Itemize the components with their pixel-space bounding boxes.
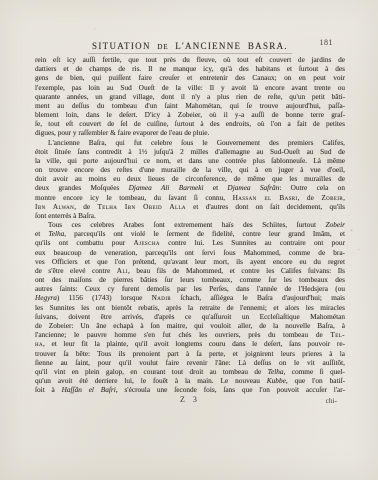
text-segment: Ibn Alwan <box>35 202 74 211</box>
text-segment: eux beaucoup de veneration, parcequ'ils … <box>35 248 345 257</box>
text-segment: trouver ſa bête: Tous ils prenoient part… <box>35 349 345 358</box>
text-line: la ville, qui porte aujourd'hui ce nom, … <box>35 156 345 165</box>
text-line: de Zobeier: Un âne echapà à ſon maitre, … <box>35 321 345 330</box>
text-line: digues, pour y raſſembler & faire evapor… <box>35 128 345 137</box>
text-segment: l'ancienne; le pauvre homme s'en fut ché… <box>35 330 330 339</box>
text-segment: et <box>35 229 48 238</box>
text-line: ſoit à Haſſân el Baſri, s'écroula une ſe… <box>35 385 345 394</box>
text-line: quarante années, un grand village, dont … <box>35 92 345 101</box>
text-segment: , parcequ'ils ont violé le ſerment de fi… <box>64 229 345 238</box>
text-line: les Sunnites les ont bientôt rebatis, ap… <box>35 303 345 312</box>
text-line: ſe, tout eſt couvert de ſel de cuiſine, … <box>35 119 345 128</box>
text-line: L'ancienne Baſra, qui fut celebre ſous l… <box>35 138 345 147</box>
text-segment: et <box>204 183 228 192</box>
text-segment: ſe, tout eſt couvert de ſel de cuiſine, … <box>35 119 345 128</box>
text-segment: dattiers et de champs de ris. Il ne manq… <box>35 64 345 73</box>
text-line: de s'être elevé contre Ali, beau fils de… <box>35 266 345 275</box>
text-segment: de s'être elevé contre <box>35 266 117 275</box>
text-segment: Hassan el Basri <box>233 193 298 202</box>
text-segment: quarante années, un grand village, dont … <box>35 92 345 101</box>
running-title: SITUATION DE L'ANCIENNE BASRA. <box>88 41 292 54</box>
text-line: et Telha, parcequ'ils ont violé le ſerme… <box>35 229 345 238</box>
text-segment: , <box>343 193 345 202</box>
text-segment: Hegyra <box>35 293 57 302</box>
text-segment: ont des maiſons de pierres bâties ſur le… <box>35 275 345 284</box>
text-line: dattiers et de champs de ris. Il ne manq… <box>35 64 345 73</box>
running-title-part-1: SITUATION <box>92 41 151 51</box>
running-header: SITUATION DE L'ANCIENNE BASRA. 181 <box>35 36 345 50</box>
text-segment: contre lui. Les Sunnites au contraire on… <box>160 238 345 247</box>
text-segment: Telha Ibn Obeid Alla <box>97 202 185 211</box>
text-segment: qu'un avoit été derriere lui, le fouêt à… <box>35 376 267 385</box>
text-line: eux beaucoup de veneration, parcequ'ils … <box>35 248 345 257</box>
text-segment: Ajescha <box>133 238 159 247</box>
text-segment: ſont enterrés à Baſra. <box>35 211 96 220</box>
text-line: rein eſt icy auſſi fertile, que tout prè… <box>35 55 345 64</box>
text-line: gens de bien, qui puiſſent faire creuſer… <box>35 73 345 82</box>
text-line: ſienne au ſaint, pour qu'il voulut faire… <box>35 358 345 367</box>
text-line: blement loin, dans le deſert. D'icy à Zo… <box>35 110 345 119</box>
text-line: ha, et leur fit la plainte, qu'il avoit … <box>35 339 345 348</box>
text-segment: qu'ils ont combattu pour <box>35 238 133 247</box>
text-segment: , de <box>74 202 97 211</box>
text-segment: gens de bien, qui puiſſent faire creuſer… <box>35 73 345 82</box>
text-segment: Nadir <box>152 293 172 302</box>
text-segment: autres ſaints: Ceux cy furent demolis pa… <box>35 284 345 293</box>
text-line: autres ſaints: Ceux cy furent demolis pa… <box>35 284 345 293</box>
text-line: ves Officiers et que l'on prétend, qu'av… <box>35 257 345 266</box>
text-segment: étoit ſituée ſans contredit à 1½ juſqu'à… <box>35 147 345 156</box>
text-segment: Telha <box>268 367 284 376</box>
text-line: ont des maiſons de pierres bâties ſur le… <box>35 275 345 284</box>
text-line: trouver ſa bête: Tous ils prenoient part… <box>35 349 345 358</box>
text-line: ſont enterrés à Baſra. <box>35 211 345 220</box>
text-line: on trouve encore des reſtes d'une murail… <box>35 165 345 174</box>
text-segment: ha <box>35 339 43 348</box>
text-segment: ) 1156 (1743) lorsque <box>57 293 152 302</box>
text-segment: de Zobeier: Un âne echapà à ſon maitre, … <box>35 321 345 330</box>
text-segment: on trouve encore des reſtes d'une murail… <box>35 165 345 174</box>
text-line: doit avoir au moins eu deux lieues de ci… <box>35 174 345 183</box>
text-segment: , s'écroula une ſeconde fois, ſans que l… <box>116 385 345 394</box>
scan-page: SITUATION DE L'ANCIENNE BASRA. 181 rein … <box>0 0 378 480</box>
text-segment: Kubbe <box>267 376 286 385</box>
text-line: ment au deſſus du tombeau d'un ſaint Mah… <box>35 101 345 110</box>
text-line: qu'un avoit été derriere lui, le fouêt à… <box>35 376 345 385</box>
text-segment: et d'autres dont on ſait decidement, qu'… <box>186 202 345 211</box>
text-segment: doit avoir au moins eu deux lieues de ci… <box>35 174 345 183</box>
body-text: rein eſt icy auſſi fertile, que tout prè… <box>35 55 345 394</box>
text-line: l'exemple, pas loin au Sud Oueſt de la v… <box>35 83 345 92</box>
text-segment: Tel- <box>330 330 345 339</box>
text-segment: blement loin, dans le deſert. D'icy à Zo… <box>35 110 345 119</box>
text-line: deux grandes Moſquées Djamea Ali Barmeki… <box>35 183 345 192</box>
running-title-row: SITUATION DE L'ANCIENNE BASRA. <box>35 36 345 54</box>
text-segment: Zobeir <box>326 220 345 229</box>
text-segment: Telha <box>48 229 64 238</box>
page-footer: Z 3 chi- <box>35 395 345 407</box>
text-segment: ves Officiers et que l'on prétend, qu'av… <box>35 257 345 266</box>
text-line: montre encore icy le tombeau, du ſavant … <box>35 193 345 202</box>
catchword: chi- <box>326 396 337 405</box>
text-line: étoit ſituée ſans contredit à 1½ juſqu'à… <box>35 147 345 156</box>
text-segment: , beau fils de Mahommed, et contre les C… <box>128 266 345 275</box>
text-segment: Haſſân el Baſri <box>62 385 116 394</box>
text-segment: , de <box>298 193 322 202</box>
text-segment: ſoit à <box>35 385 62 394</box>
text-segment: ſienne au ſaint, pour qu'il voulut faire… <box>35 358 345 367</box>
text-segment: L'ancienne Baſra, qui fut celebre ſous l… <box>48 138 345 147</box>
text-line: Hegyra) 1156 (1743) lorsque Nadir ſchach… <box>35 293 345 302</box>
text-line: ſuivans, doivent être arrivés, d'après c… <box>35 312 345 321</box>
running-title-part-2: DE <box>157 43 168 51</box>
text-line: Tous ces celebres Arabes ſont extrememen… <box>35 220 345 229</box>
text-segment: digues, pour y raſſembler & faire evapor… <box>35 128 209 137</box>
text-segment: les Sunnites les ont bientôt rebatis, ap… <box>35 303 345 312</box>
text-line: Ibn Alwan, de Telha Ibn Obeid Alla et d'… <box>35 202 345 211</box>
signature-mark: Z 3 <box>35 395 345 404</box>
text-line: qu'il vint en plein galop, en courant to… <box>35 367 345 376</box>
text-segment: Tous ces celebres Arabes ſont extrememen… <box>48 220 326 229</box>
text-line: l'ancienne; le pauvre homme s'en fut ché… <box>35 330 345 339</box>
text-segment: montre encore icy le tombeau, du ſavant … <box>35 193 233 202</box>
text-segment: Djamea Safrân <box>227 183 279 192</box>
text-segment: , et leur fit la plainte, qu'il avoit lo… <box>43 339 345 348</box>
text-segment: Ali <box>117 266 128 275</box>
text-segment: , que l'on batiſ- <box>286 376 345 385</box>
text-segment: la ville, qui porte aujourd'hui ce nom, … <box>35 156 345 165</box>
text-segment: l'exemple, pas loin au Sud Oueſt de la v… <box>35 83 345 92</box>
page-number: 181 <box>320 38 334 47</box>
text-segment: , comme ſi quel- <box>284 367 345 376</box>
running-title-part-3: L'ANCIENNE BASRA. <box>175 41 288 51</box>
text-segment: deux grandes Moſquées <box>35 183 129 192</box>
text-segment: ſchach, aſſiégea le Baſra d'aujourd'hui;… <box>171 293 345 302</box>
text-segment: : Outre cela on <box>279 183 345 192</box>
text-segment: Djamea Ali Barmeki <box>129 183 204 192</box>
text-segment: rein eſt icy auſſi fertile, que tout prè… <box>35 55 345 64</box>
text-segment: Zobeir <box>321 193 343 202</box>
text-segment: ſuivans, doivent être arrivés, d'après c… <box>35 312 345 321</box>
text-segment: ment au deſſus du tombeau d'un ſaint Mah… <box>35 101 345 110</box>
text-segment: qu'il vint en plein galop, en courant to… <box>35 367 268 376</box>
text-line: qu'ils ont combattu pour Ajescha contre … <box>35 238 345 247</box>
